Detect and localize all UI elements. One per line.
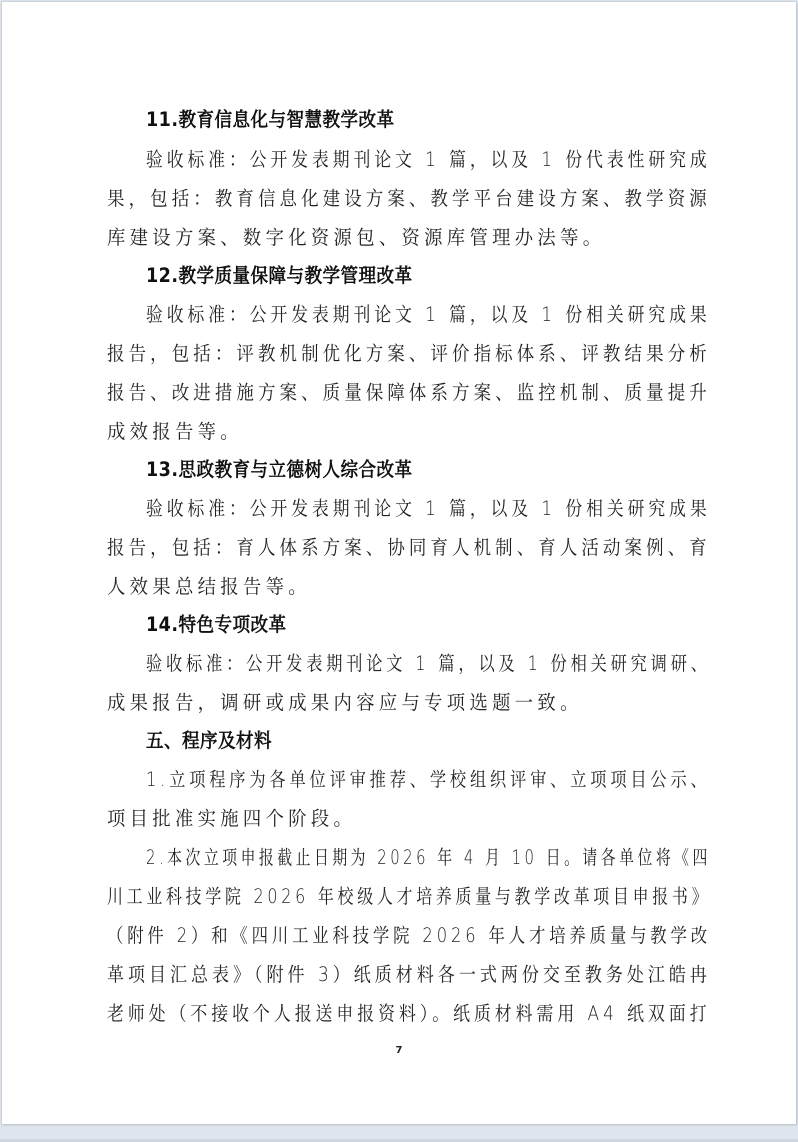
page-number: 7 — [2, 1045, 796, 1056]
paragraph-line: 项目批准实施四个阶段。 — [107, 807, 356, 831]
paragraph-line: 老师处（不接收个人报送申报资料）。纸质材料需用 A4 纸双面打 — [107, 1002, 711, 1026]
paragraph-line: 川工业科技学院 2026 年校级人才培养质量与教学改革项目申报书》 — [107, 885, 711, 909]
paragraph-line: （附件 2）和《四川工业科技学院 2026 年人才培养质量与教学改 — [107, 924, 711, 948]
paragraph-line: 验收标准：公开发表期刊论文 1 篇，以及 1 份相关研究成果 — [146, 497, 711, 521]
paragraph-line: 1.立项程序为各单位评审推荐、学校组织评审、立项项目公示、 — [146, 768, 711, 792]
section-heading: 12.教学质量保障与教学管理改革 — [146, 264, 412, 288]
section-heading: 13.思政教育与立德树人综合改革 — [146, 458, 412, 482]
paragraph-line: 验收标准：公开发表期刊论文 1 篇，以及 1 份相关研究成果 — [146, 303, 711, 327]
section-heading: 11.教育信息化与智慧教学改革 — [146, 108, 394, 132]
document-page: 11.教育信息化与智慧教学改革验收标准：公开发表期刊论文 1 篇，以及 1 份代… — [1, 1, 796, 1124]
section-heading: 14.特色专项改革 — [146, 613, 286, 637]
paragraph-line: 果，包括：教育信息化建设方案、教学平台建设方案、教学资源 — [107, 187, 711, 211]
section-heading: 五、程序及材料 — [146, 729, 272, 753]
paragraph-line: 验收标准：公开发表期刊论文 1 篇，以及 1 份相关研究调研、 — [146, 652, 711, 676]
paragraph-line: 报告、改进措施方案、质量保障体系方案、监控机制、质量提升 — [107, 381, 711, 405]
paragraph-line: 人效果总结报告等。 — [107, 575, 311, 599]
paragraph-line: 2.本次立项申报截止日期为 2026 年 4 月 10 日。请各单位将《四 — [146, 846, 711, 870]
paragraph-line: 报告，包括：评教机制优化方案、评价指标体系、评教结果分析 — [107, 342, 711, 366]
paragraph-line: 革项目汇总表》（附件 3）纸质材料各一式两份交至教务处江皓冉 — [107, 963, 711, 987]
paragraph-line: 库建设方案、数字化资源包、资源库管理办法等。 — [107, 226, 605, 250]
paragraph-line: 报告，包括：育人体系方案、协同育人机制、育人活动案例、育 — [107, 536, 711, 560]
paragraph-line: 成效报告等。 — [107, 420, 243, 444]
paragraph-line: 成果报告，调研或成果内容应与专项选题一致。 — [107, 691, 583, 715]
paragraph-line: 验收标准：公开发表期刊论文 1 篇，以及 1 份代表性研究成 — [146, 148, 711, 172]
